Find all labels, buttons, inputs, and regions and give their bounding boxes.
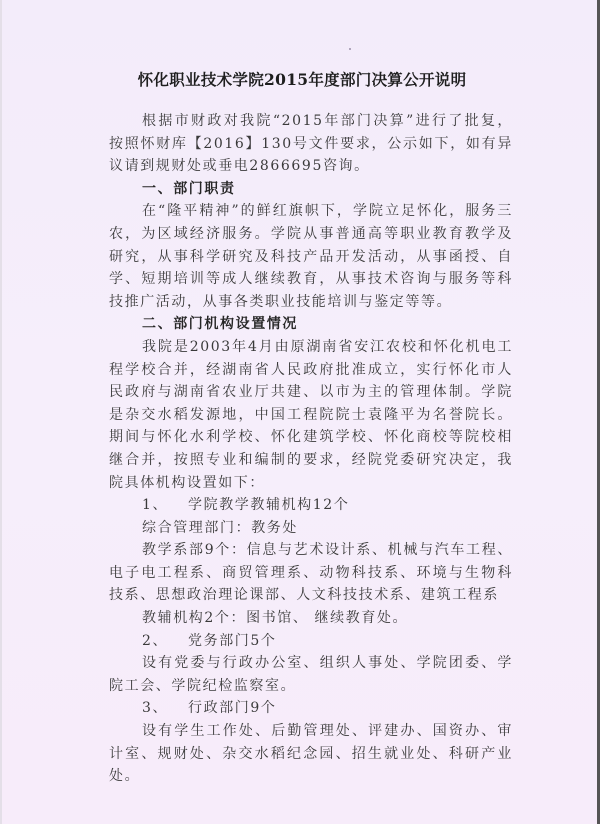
admin-detail: 设有学生工作处、后勤管理处、评建办、国资办、审计室、规财处、杂交水稻纪念园、招生… xyxy=(109,720,513,788)
item-number: 1、 xyxy=(142,494,188,517)
section-heading-duties: 一、部门职责 xyxy=(109,178,513,201)
structure-paragraph: 我院是2003年4月由原湖南省安江农校和怀化机电工程学校合并，经湖南省人民政府批… xyxy=(109,336,513,494)
structure-item-admin: 3、行政部门9个 xyxy=(109,697,513,720)
document-body: 根据市财政对我院“2015年部门决算”进行了批复，按照怀财库【2016】130号… xyxy=(109,110,513,788)
scan-speck xyxy=(349,48,351,50)
item-number: 2、 xyxy=(142,630,188,653)
section-heading-structure: 二、部门机构设置情况 xyxy=(109,313,513,336)
document-page: 怀化职业技术学院2015年度部门决算公开说明 根据市财政对我院“2015年部门决… xyxy=(0,0,600,824)
teaching-detail-support: 教辅机构2个：图书馆、 继续教育处。 xyxy=(109,607,513,630)
duties-paragraph: 在“隆平精神”的鲜红旗帜下，学院立足怀化，服务三农，为区域经济服务。学院从事普通… xyxy=(109,200,513,313)
party-detail: 设有党委与行政办公室、组织人事处、学院团委、学院工会、学院纪检监察室。 xyxy=(109,652,513,697)
item-label: 行政部门9个 xyxy=(188,700,277,716)
item-label: 党务部门5个 xyxy=(188,633,277,649)
structure-item-teaching: 1、学院教学教辅机构12个 xyxy=(109,494,513,517)
item-label: 学院教学教辅机构12个 xyxy=(188,497,349,513)
teaching-detail-departments: 教学系部9个：信息与艺术设计系、机械与汽车工程、电子电工程系、商贸管理系、动物科… xyxy=(109,539,513,607)
intro-paragraph: 根据市财政对我院“2015年部门决算”进行了批复，按照怀财库【2016】130号… xyxy=(109,110,513,178)
structure-item-party: 2、党务部门5个 xyxy=(109,630,513,653)
item-number: 3、 xyxy=(142,697,188,720)
teaching-detail-admin: 综合管理部门：教务处 xyxy=(109,517,513,540)
document-title: 怀化职业技术学院2015年度部门决算公开说明 xyxy=(2,68,600,90)
